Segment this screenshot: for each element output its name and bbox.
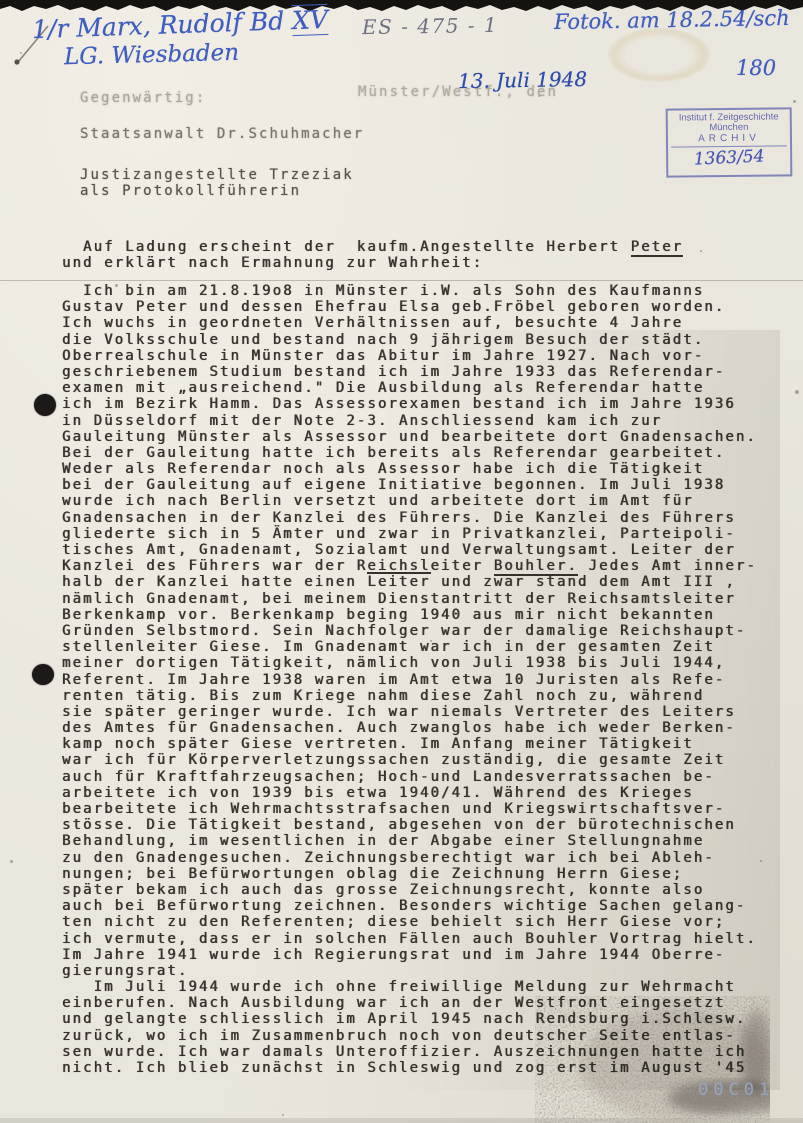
typed-line: Behandlung, im wesentlichen in der Abgab… xyxy=(62,833,757,849)
typed-line: ich vermute, dass er in solchen Fällen a… xyxy=(62,931,757,947)
typed-line: Gnadensachen in der Kanzlei des Führers.… xyxy=(62,510,757,526)
typed-line: bei der Gauleitung auf eigene Initiative… xyxy=(62,477,757,493)
typed-line: des Amtes für Gnadensachen. Auch zwanglo… xyxy=(62,720,757,736)
typed-line: nungen; bei Befürwortungen oblag die Zei… xyxy=(62,866,757,882)
typed-line: gliederte sich in 5 Ämter und zwar in Pr… xyxy=(62,526,757,542)
typed-line: examen mit „ausreichend." Die Ausbildung… xyxy=(62,380,757,396)
handwritten-date: 13. Juli 1948 xyxy=(458,67,588,93)
typed-line: meiner dortigen Tätigkeit, nämlich von J… xyxy=(62,655,757,671)
typed-line: Ich wuchs in geordneten Verhältnissen au… xyxy=(62,315,757,331)
typed-line: auch bei Befürwortung zeichnen. Besonder… xyxy=(62,898,757,914)
typed-line: geschriebenem Studium bestand ich im Jah… xyxy=(62,364,757,380)
ink-speck xyxy=(795,390,799,394)
handwritten-court-reference: LG. Wiesbaden xyxy=(64,40,240,71)
ink-speck xyxy=(700,250,702,252)
typed-line: wurde ich nach Berlin versetzt und arbei… xyxy=(62,493,757,509)
typed-line: stellenleiter Giese. Im Gnadenamt war ic… xyxy=(62,639,757,655)
typed-line: Oberrealschule in Münster das Abitur im … xyxy=(62,348,757,364)
archive-stamp: Institut f. Zeitgeschichte München ARCHI… xyxy=(666,107,793,177)
typed-line: Weder als Referendar noch als Assessor h… xyxy=(62,461,757,477)
typed-line: halb der Kanzlei hatte einen Leiter und … xyxy=(62,574,757,590)
typed-line: tisches Amt, Gnadenamt, Sozialamt und Ve… xyxy=(62,542,757,558)
typed-line: stösse. Die Tätigkeit bestand, abgesehen… xyxy=(62,817,757,833)
typed-line: sie später geringer wurde. Ich war niema… xyxy=(62,704,757,720)
ink-speck xyxy=(10,860,13,863)
typed-line: auch für Kraftfahrzeugsachen; Hoch-und L… xyxy=(62,769,757,785)
paper-crease xyxy=(0,280,803,281)
bottom-paper-edge xyxy=(0,1118,803,1123)
typed-line: zu den Gnadengesuchen. Zeichnungsberecht… xyxy=(62,850,757,866)
typed-line: war ich für Körperverletzungssachen zust… xyxy=(62,752,757,768)
typed-line: Referent. Im Jahre 1938 waren im Amt etw… xyxy=(62,672,757,688)
typed-line: die Volksschule und bestand nach 9 jähri… xyxy=(62,332,757,348)
typed-clerk-line2: als Protokollführerin xyxy=(80,183,301,199)
hole-punch-bottom xyxy=(32,664,54,685)
stamp-archive-label: ARCHIV xyxy=(668,132,790,144)
handwritten-document-number: ES - 475 - 1 xyxy=(362,13,499,39)
typed-line: Im Jahre 1941 wurde ich Regierungsrat un… xyxy=(62,947,757,963)
handwritten-page-number: 180 xyxy=(736,56,776,80)
typed-line: nämlich Gnadenamt, bei meinem Dienstantr… xyxy=(62,591,757,607)
ink-speck xyxy=(115,284,118,287)
typed-line: gierungsrat. xyxy=(62,963,757,979)
scan-code-stamp: 00C01 xyxy=(698,1080,774,1100)
typed-line: und erklärt nach Ermahnung zur Wahrheit: xyxy=(62,255,683,271)
ink-speck xyxy=(793,100,796,103)
ink-speck xyxy=(430,640,432,642)
typed-line: Gründen Selbstmord. Sein Nachfolger war … xyxy=(62,623,757,639)
ink-speck xyxy=(760,860,762,862)
typed-line: Berkenkamp vor. Berkenkamp beging 1940 a… xyxy=(62,607,757,623)
ink-speck xyxy=(20,52,22,54)
typed-line: Gustav Peter und dessen Ehefrau Elsa geb… xyxy=(62,299,757,315)
hole-punch-top xyxy=(33,393,58,418)
toner-smudge xyxy=(535,996,770,1123)
ink-speck xyxy=(282,1114,284,1116)
typed-line: bearbeitete ich Wehrmachtsstrafsachen un… xyxy=(62,801,757,817)
statement-body-text: Ich bin am 21.8.19o8 in Münster i.W. als… xyxy=(62,283,757,1076)
typed-line: in Düsseldorf mit der Note 2-3. Anschlie… xyxy=(62,413,757,429)
typed-line: kamp noch später Giese vertreten. Im Anf… xyxy=(62,736,757,752)
embossed-seal-mark xyxy=(608,28,710,82)
typed-present-label: Gegenwärtig: xyxy=(80,90,206,106)
typed-line: arbeitete ich von 1939 bis etwa 1940/41.… xyxy=(62,785,757,801)
typed-line: Gauleitung Münster als Assessor und bear… xyxy=(62,429,757,445)
typed-line: Bei der Gauleitung hatte ich bereits als… xyxy=(62,445,757,461)
statement-intro-paragraph: Auf Ladung erscheint der kaufm.Angestell… xyxy=(62,239,683,271)
typed-line: ten nicht zu den Referenten; diese behie… xyxy=(62,914,757,930)
typed-line: Ich bin am 21.8.19o8 in Münster i.W. als… xyxy=(62,283,757,299)
typed-line: renten tätig. Bis zum Kriege nahm diese … xyxy=(62,688,757,704)
document-page: 1/r Marx, Rudolf Bd XV LG. Wiesbaden ES … xyxy=(0,0,803,1123)
typed-clerk-line1: Justizangestellte Trzeziak xyxy=(80,167,354,183)
typed-line: Auf Ladung erscheint der kaufm.Angestell… xyxy=(62,239,683,255)
typed-prosecutor-line: Staatsanwalt Dr.Schuhmacher xyxy=(80,126,364,142)
ink-speck xyxy=(538,95,540,97)
typed-line: Im Juli 1944 wurde ich ohne freiwillige … xyxy=(62,979,757,995)
stamp-archive-number: 1363/54 xyxy=(668,145,791,171)
typed-line: ich im Bezirk Hamm. Das Assessorexamen b… xyxy=(62,396,757,412)
typed-line: später bekam ich auch das grosse Zeichnu… xyxy=(62,882,757,898)
